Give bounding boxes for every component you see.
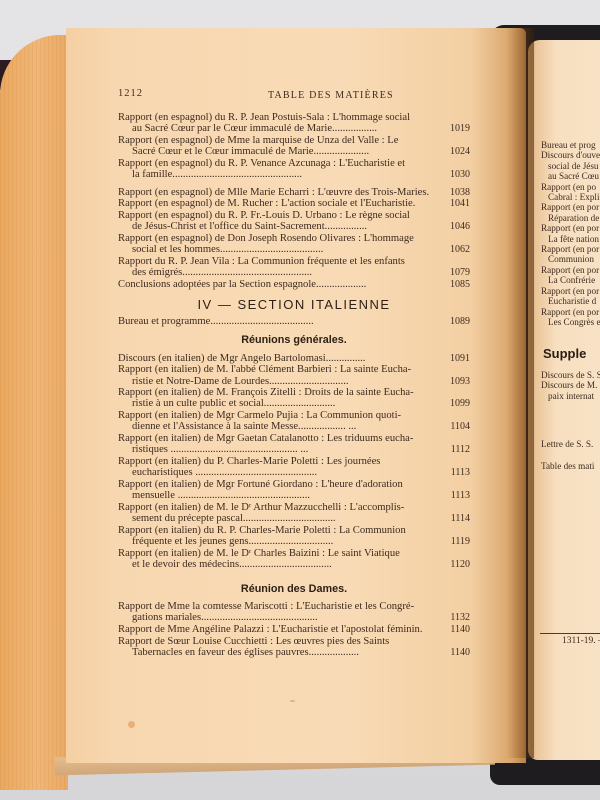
toc-entry: Rapport (en italien) de M. le Dʳ Arthur … xyxy=(118,502,470,524)
entry-page: 1114 xyxy=(451,513,470,524)
right-page-lines-top: Bureau et progDiscours d'ouvesocial de J… xyxy=(541,140,600,327)
toc-entry: Rapport (en italien) du P. Charles-Marie… xyxy=(118,456,470,478)
entry-text: Rapport (en espagnol) de Mme la marquise… xyxy=(118,135,436,146)
toc-entry: Bureau et programme.....................… xyxy=(118,316,470,327)
toc-entry: Rapport (en espagnol) de M. Rucher : L'a… xyxy=(118,198,470,209)
footer-rule xyxy=(540,633,600,634)
toc-entry: Rapport de Mme Angéline Palazzi : L'Euch… xyxy=(118,624,470,635)
right-page-line: Table des mati xyxy=(541,461,600,471)
entry-text-continued: eucharistiques .........................… xyxy=(118,467,436,478)
toc-entry: Rapport (en espagnol) du R. P. Fr.-Louis… xyxy=(118,210,470,232)
signature-mark: 1311-19. — xyxy=(562,636,600,646)
entry-text-continued: de Jésus-Christ et l'office du Saint-Sac… xyxy=(118,221,436,232)
entry-page: 1120 xyxy=(450,559,470,570)
entry-text: Rapport de Sœur Louise Cucchietti : Les … xyxy=(118,636,436,647)
entry-text-continued: au Sacré Cœur par le Cœur immaculé de Ma… xyxy=(118,123,436,134)
entry-text: Rapport (en italien) de M. François Zite… xyxy=(118,387,436,398)
right-page-line: Rapport (en por xyxy=(541,265,600,275)
right-page-content: Bureau et progDiscours d'ouvesocial de J… xyxy=(541,140,600,472)
toc-entry: Rapport (en italien) de Mgr Carmelo Puji… xyxy=(118,410,470,432)
entry-page: 1046 xyxy=(450,221,470,232)
toc-entry: Rapport (en italien) de M. l'abbé Clémen… xyxy=(118,364,470,386)
entry-text-continued: Tabernacles en faveur des églises pauvre… xyxy=(118,647,436,658)
entry-page: 1038 xyxy=(450,187,470,198)
toc-entry: Rapport (en espagnol) du R. P. Venance A… xyxy=(118,158,470,180)
left-page-content: 1212 TABLE DES MATIÈRES Rapport (en espa… xyxy=(118,88,470,659)
entry-text: Rapport (en italien) du R. P. Charles-Ma… xyxy=(118,525,436,536)
entry-text-continued: gations mariales........................… xyxy=(118,612,436,623)
right-page-lines-end: Lettre de S. S.Table des mati xyxy=(541,439,600,472)
entry-text: Rapport (en espagnol) de Don Joseph Rose… xyxy=(118,233,436,244)
right-page-line: Rapport (en por xyxy=(541,202,600,212)
right-page-line: Discours de S. S xyxy=(541,370,600,380)
page-block-lines xyxy=(0,35,68,790)
entry-text: Rapport du R. P. Jean Vila : La Communio… xyxy=(118,256,436,267)
entry-page: 1093 xyxy=(450,376,470,387)
entry-text: Rapport (en italien) de Mgr Fortuné Gior… xyxy=(118,479,436,490)
right-page-line: Eucharistie d xyxy=(541,296,600,306)
entry-page: 1089 xyxy=(450,316,470,327)
subhead-dames: Réunion des Dames. xyxy=(118,584,470,595)
entry-text-continued: Sacré Cœur et le Cœur immaculé de Marie.… xyxy=(118,146,436,157)
entry-page: 1113 xyxy=(451,490,470,501)
entry-text: Rapport (en italien) de M. le Dʳ Charles… xyxy=(118,548,436,559)
entry-text: Rapport (en italien) de M. l'abbé Clémen… xyxy=(118,364,436,375)
right-page-lines-supp: Discours de S. SDiscours de M.paix inter… xyxy=(541,370,600,401)
right-page-line: Rapport (en por xyxy=(541,307,600,317)
gutter-shadow xyxy=(506,28,534,758)
entry-text: Bureau et programme.....................… xyxy=(118,316,436,327)
spanish-entries: Rapport (en espagnol) du R. P. Jean Post… xyxy=(118,112,470,290)
entry-text: Rapport (en italien) de Mgr Carmelo Puji… xyxy=(118,410,436,421)
entry-text-continued: et le devoir des médecins...............… xyxy=(118,559,436,570)
toc-entry: Discours (en italien) de Mgr Angelo Bart… xyxy=(118,353,470,364)
entry-text: Conclusions adoptées par la Section espa… xyxy=(118,279,436,290)
subhead-general: Réunions générales. xyxy=(118,335,470,346)
entry-page: 1140 xyxy=(450,624,470,635)
running-head: 1212 TABLE DES MATIÈRES xyxy=(118,88,470,112)
entry-page: 1041 xyxy=(450,198,470,209)
entry-text-continued: la famille..............................… xyxy=(118,169,436,180)
right-page-line: Discours d'ouve xyxy=(541,150,600,160)
entry-page: 1104 xyxy=(450,421,470,432)
toc-entry: Conclusions adoptées par la Section espa… xyxy=(118,279,470,290)
toc-entry: Rapport de Sœur Louise Cucchietti : Les … xyxy=(118,636,470,658)
right-page-line: social de Jésu xyxy=(541,161,600,171)
entry-text-continued: sement du précepte pascal...............… xyxy=(118,513,436,524)
entry-text-continued: social et les hommes....................… xyxy=(118,244,436,255)
foxing-spot xyxy=(128,721,135,728)
right-page-line: Rapport (en por xyxy=(541,223,600,233)
right-page-line: La Confrérie xyxy=(541,275,600,285)
toc-entry: Rapport (en italien) de Mgr Fortuné Gior… xyxy=(118,479,470,501)
entry-text: Rapport (en espagnol) de M. Rucher : L'a… xyxy=(118,198,436,209)
entry-text: Rapport (en espagnol) du R. P. Jean Post… xyxy=(118,112,436,123)
running-head-title: TABLE DES MATIÈRES xyxy=(268,90,394,101)
right-page-line: Réparation de xyxy=(541,213,600,223)
entry-text-continued: fréquente et les jeunes gens............… xyxy=(118,536,436,547)
right-page-line: Cabral : Expli xyxy=(541,192,600,202)
entry-text: Rapport (en espagnol) du R. P. Venance A… xyxy=(118,158,436,169)
entry-text: Rapport (en italien) de Mgr Gaetan Catal… xyxy=(118,433,436,444)
entry-text: Discours (en italien) de Mgr Angelo Bart… xyxy=(118,353,436,364)
entry-text: Rapport (en italien) du P. Charles-Marie… xyxy=(118,456,436,467)
entry-page: 1099 xyxy=(450,398,470,409)
entry-page: 1024 xyxy=(450,146,470,157)
right-page-line: Bureau et prog xyxy=(541,140,600,150)
toc-entry: Rapport (en espagnol) de Don Joseph Rose… xyxy=(118,233,470,255)
entry-page: 1119 xyxy=(451,536,470,547)
toc-entry: Rapport (en espagnol) de Mme la marquise… xyxy=(118,135,470,157)
entry-page: 1085 xyxy=(450,279,470,290)
toc-entry: Rapport (en italien) de M. François Zite… xyxy=(118,387,470,409)
toc-entry: Rapport (en italien) de M. le Dʳ Charles… xyxy=(118,548,470,570)
right-page-line: paix internat xyxy=(541,391,600,401)
entry-text-continued: ristie et Notre-Dame de Lourdes.........… xyxy=(118,376,436,387)
entry-text-continued: ristie à un culte public et social......… xyxy=(118,398,436,409)
toc-entry: Rapport (en espagnol) du R. P. Jean Post… xyxy=(118,112,470,134)
section-title: IV — SECTION ITALIENNE xyxy=(118,299,470,310)
right-page-line: Les Congrès e xyxy=(541,317,600,327)
entry-page: 1062 xyxy=(450,244,470,255)
toc-entry: Rapport (en espagnol) de Mlle Marie Echa… xyxy=(118,187,470,198)
entry-text: Rapport de Mme la comtesse Mariscotti : … xyxy=(118,601,436,612)
entry-page: 1091 xyxy=(450,353,470,364)
toc-entry: Rapport (en italien) du R. P. Charles-Ma… xyxy=(118,525,470,547)
right-page-line: Communion xyxy=(541,254,600,264)
entry-text: Rapport (en italien) de M. le Dʳ Arthur … xyxy=(118,502,436,513)
entry-text-continued: des émigrés.............................… xyxy=(118,267,436,278)
toc-entry: Rapport (en italien) de Mgr Gaetan Catal… xyxy=(118,433,470,455)
right-page-heading: Supple xyxy=(543,349,600,359)
right-page-line: Rapport (en por xyxy=(541,286,600,296)
entry-text: Rapport (en espagnol) de Mlle Marie Echa… xyxy=(118,187,436,198)
entry-text-continued: dienne et l'Assistance à la sainte Messe… xyxy=(118,421,436,432)
entry-page: 1140 xyxy=(450,647,470,658)
right-page-line: Rapport (en po xyxy=(541,182,600,192)
page-number: 1212 xyxy=(118,88,143,99)
entry-page: 1112 xyxy=(451,444,470,455)
right-page-line: La fête nation xyxy=(541,234,600,244)
right-page-line: Lettre de S. S. xyxy=(541,439,600,449)
toc-entry: Rapport du R. P. Jean Vila : La Communio… xyxy=(118,256,470,278)
entry-page: 1132 xyxy=(450,612,470,623)
entry-text-continued: mensuelle ..............................… xyxy=(118,490,436,501)
entry-page: 1030 xyxy=(450,169,470,180)
entry-text: Rapport de Mme Angéline Palazzi : L'Euch… xyxy=(118,624,436,635)
foxing-spot xyxy=(290,700,295,702)
entry-text-continued: ristiques ..............................… xyxy=(118,444,436,455)
entry-page: 1079 xyxy=(450,267,470,278)
toc-entry: Rapport de Mme la comtesse Mariscotti : … xyxy=(118,601,470,623)
entry-page: 1113 xyxy=(451,467,470,478)
entry-page: 1019 xyxy=(450,123,470,134)
right-page-line: au Sacré Cœu xyxy=(541,171,600,181)
dames-entries: Rapport de Mme la comtesse Mariscotti : … xyxy=(118,601,470,658)
right-page-line: Discours de M. xyxy=(541,380,600,390)
entry-text: Rapport (en espagnol) du R. P. Fr.-Louis… xyxy=(118,210,436,221)
right-page-line: Rapport (en por xyxy=(541,244,600,254)
general-entries: Discours (en italien) de Mgr Angelo Bart… xyxy=(118,353,470,570)
